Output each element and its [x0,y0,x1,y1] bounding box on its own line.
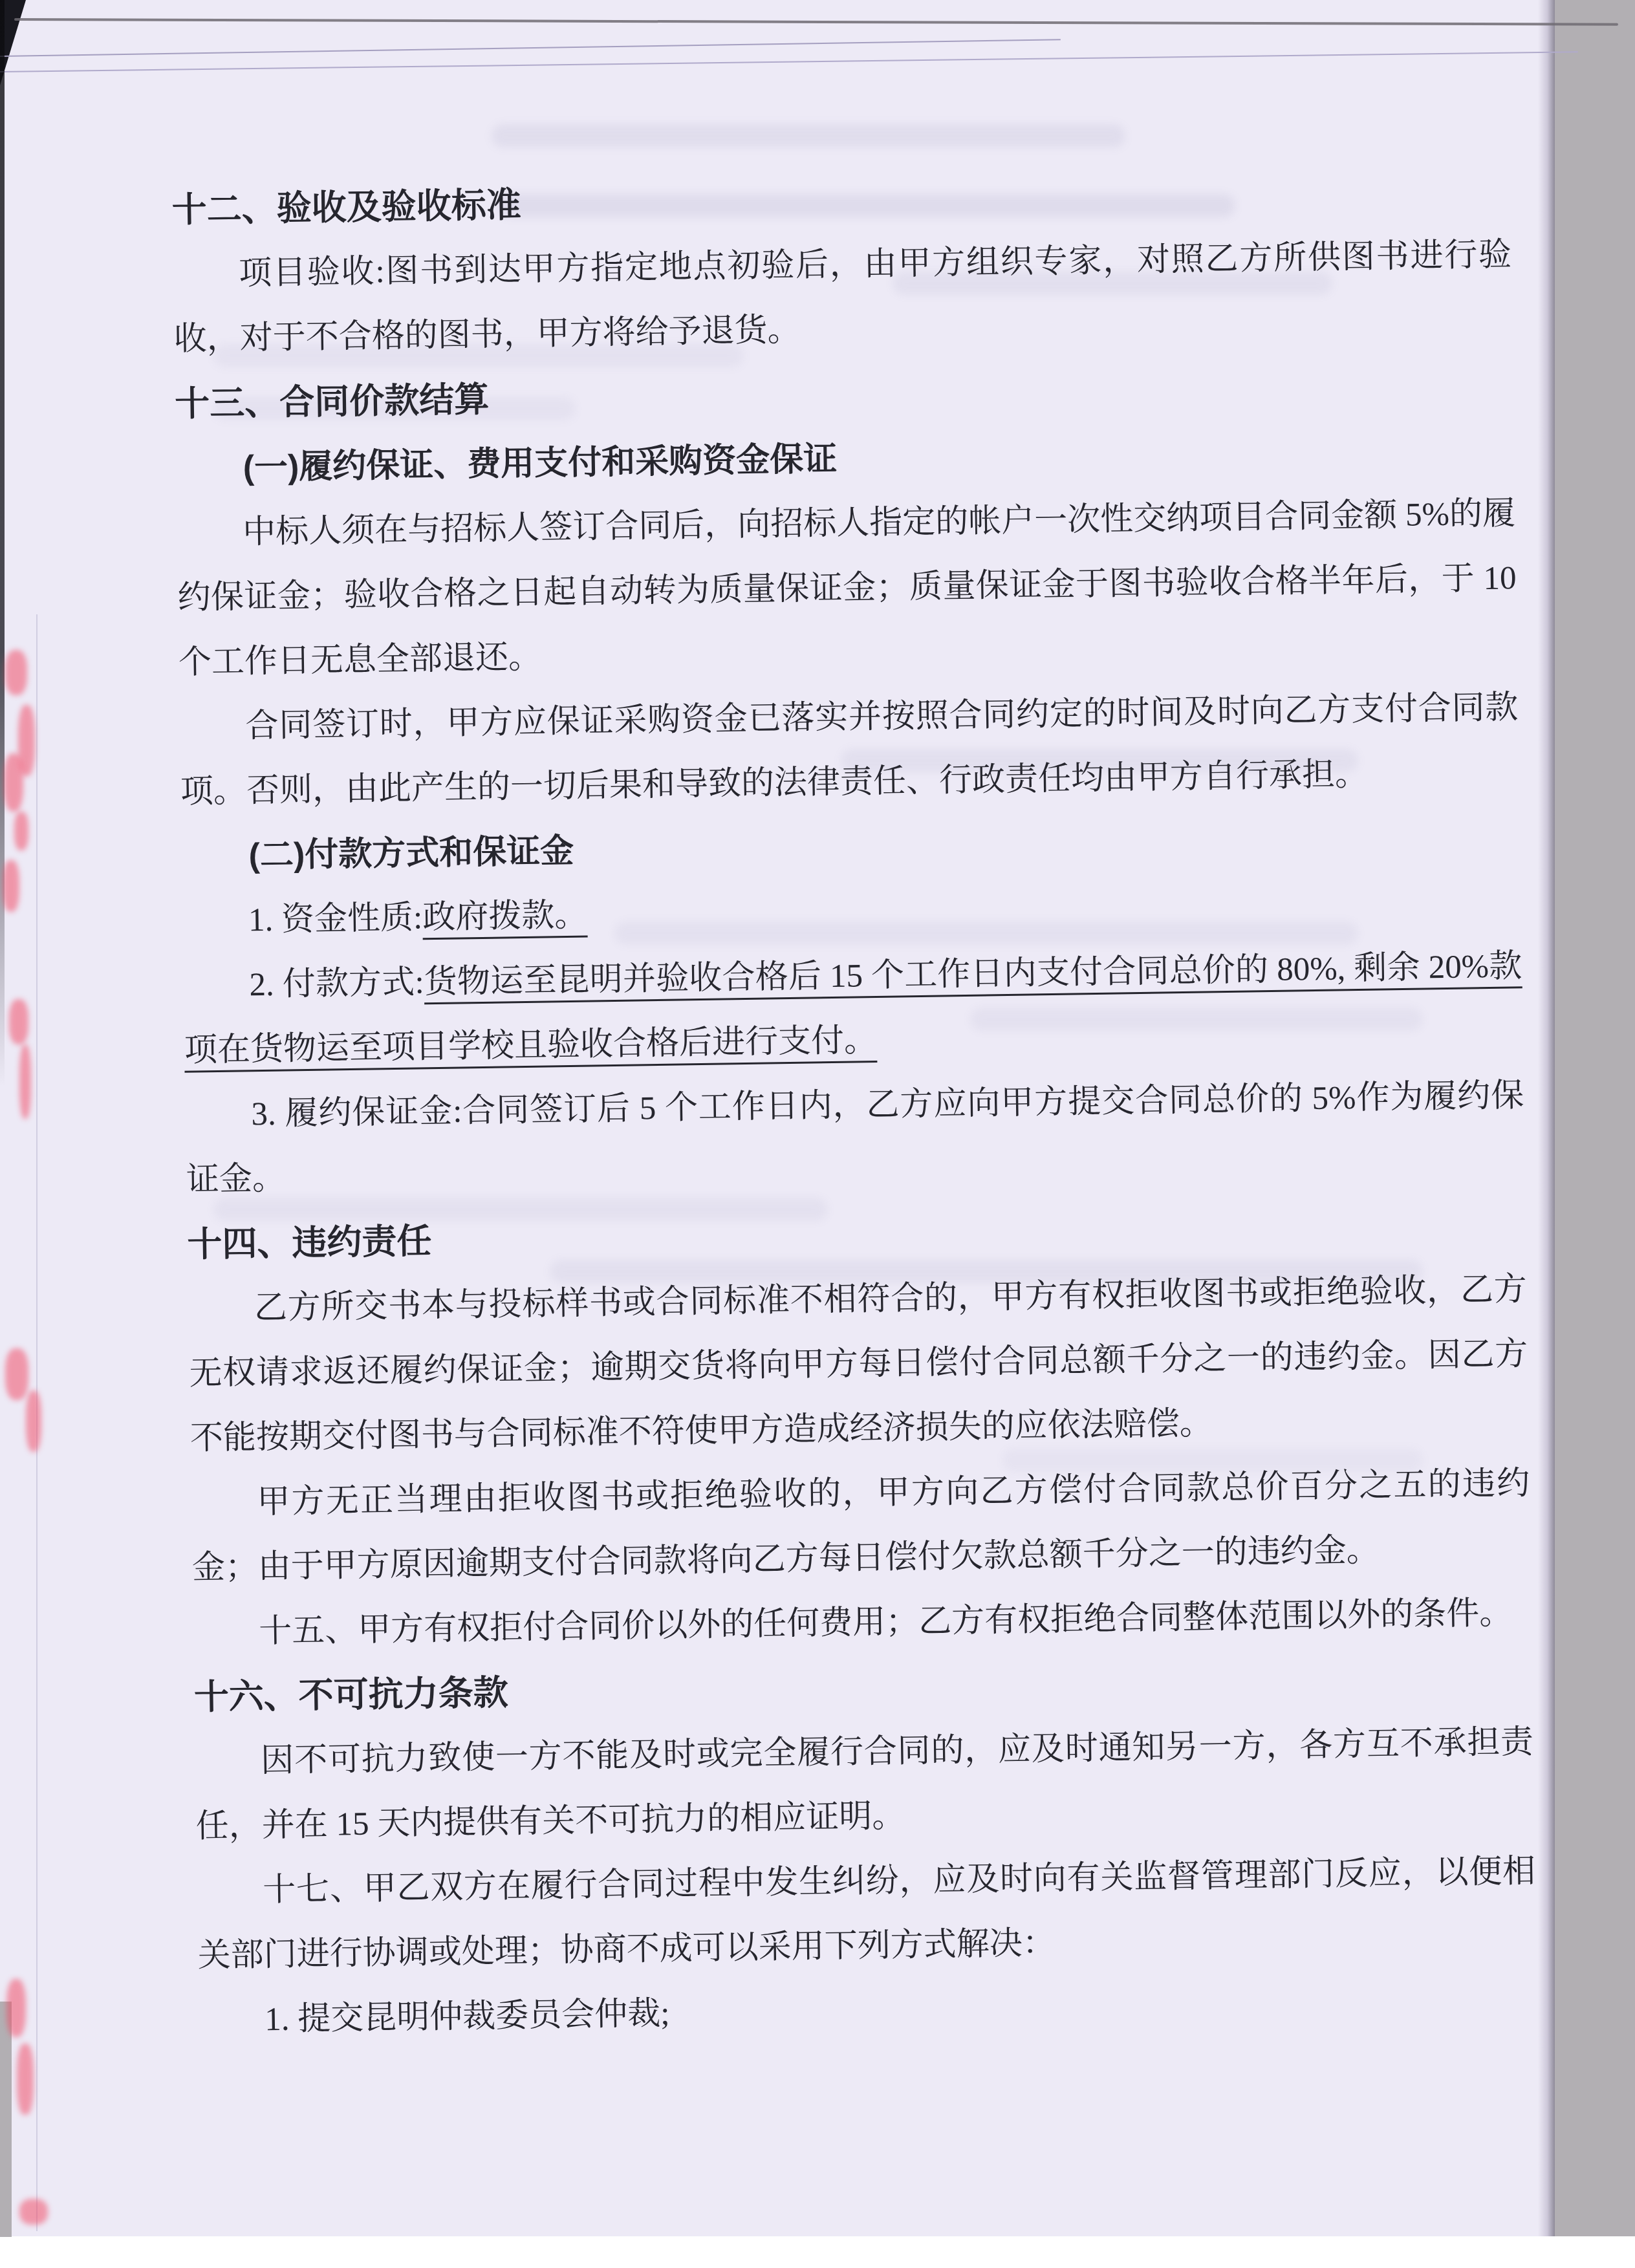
para-text: 十五、甲方有权拒付合同价以外的任何费用；乙方有权拒绝合同整体范围以外的条件。 [259,1595,1513,1650]
heading-text: 十二、验收及验收标准 [171,186,521,230]
scanner-background-strip [1554,0,1635,2236]
heading-text: 十六、不可抗力条款 [193,1674,508,1717]
para-text: 1. 提交昆明仲裁委员会仲裁; [265,1996,670,2038]
item-label: 2. 付款方式: [249,964,424,1003]
para-text: 十七、甲乙双方在履行合同过程中发生纠纷，应及时向有关监督管理部门反应，以便相关部… [197,1853,1535,1974]
heading-text: (二)付款方式和保证金 [248,832,574,874]
item-performance-bond: 3. 履约保证金:合同签订后 5 个工作日内，乙方应向甲方提交合同总价的 5%作… [185,1063,1526,1213]
paper-right-edge-shadow [1538,0,1555,2236]
para-text: 合同签订时，甲方应保证采购资金已落实并按照合同约定的时间及时向乙方支付合同款项。… [180,689,1519,810]
red-ink-smudge [3,860,19,912]
item-underlined-value: 政府拨款。 [422,898,588,936]
scan-bottom-margin [0,2236,1635,2268]
item-payment-method: 2. 付款方式:货物运至昆明并验收合格后 15 个工作日内支付合同总价的 80%… [183,934,1524,1083]
red-ink-smudge [5,650,27,695]
red-ink-smudge [17,2044,34,2115]
red-ink-smudge [14,812,28,850]
heading-text: 十四、违约责任 [187,1222,432,1264]
para-text: 甲方无正当理由拒收图书或拒绝验收的，甲方向乙方偿付合同款总价百分之五的违约金；由… [191,1465,1530,1586]
heading-text: (一)履约保证、费用支付和采购资金保证 [243,440,837,487]
red-ink-smudge [6,1979,26,2037]
para-breach-party-a: 甲方无正当理由拒收图书或拒绝验收的，甲方向乙方偿付合同款总价百分之五的违约金；由… [191,1451,1532,1601]
para-text: 因不可抗力致使一方不能及时或完全履行合同的，应及时通知另一方，各方互不承担责任，… [195,1724,1533,1845]
red-ink-smudge [26,1390,41,1452]
scanned-page: 十二、验收及验收标准 项目验收:图书到达甲方指定地点初验后，由甲方组织专家，对照… [0,0,1635,2268]
para-breach-party-b: 乙方所交书本与投标样书或合同标准不相符合的，甲方有权拒收图书或拒绝验收，乙方无权… [188,1257,1529,1471]
para-text: 乙方所交书本与投标样书或合同标准不相符合的，甲方有权拒收图书或拒绝验收，乙方无权… [189,1271,1528,1457]
para-text: 项目验收:图书到达甲方指定地点初验后，由甲方组织专家，对照乙方所供图书进行验收，… [173,237,1511,358]
red-ink-smudge [5,1348,28,1400]
para-project-acceptance: 项目验收:图书到达甲方指定地点初验后，由甲方组织专家，对照乙方所供图书进行验收，… [172,222,1513,372]
scan-left-edge-shadow [0,0,5,1086]
red-ink-smudge [9,999,28,1044]
red-ink-smudge [4,753,23,812]
para-text: 3. 履约保证金:合同签订后 5 个工作日内，乙方应向甲方提交合同总价的 5%作… [186,1077,1524,1198]
para-contract-signing-funds: 合同签订时，甲方应保证采购资金已落实并按照合同约定的时间及时向乙方支付合同款项。… [179,675,1520,825]
red-ink-smudge [19,2199,48,2225]
para-section-17-dispute: 十七、甲乙双方在履行合同过程中发生纠纷，应及时向有关监督管理部门反应，以便相关部… [197,1839,1537,1989]
item-label: 1. 资金性质: [248,900,423,938]
contract-text: 十二、验收及验收标准 项目验收:图书到达甲方指定地点初验后，由甲方组织专家，对照… [171,158,1538,2053]
para-force-majeure: 因不可抗力致使一方不能及时或完全履行合同的，应及时通知另一方，各方互不承担责任，… [195,1710,1535,1859]
para-bid-winner-deposit: 中标人须在与招标人签订合同后，向招标人指定的帐户一次性交纳项目合同金额 5%的履… [176,481,1517,695]
para-text: 中标人须在与招标人签订合同后，向招标人指定的帐户一次性交纳项目合同金额 5%的履… [177,495,1517,681]
red-ink-smudge [19,1044,31,1119]
scanner-background-bottom-left [0,2002,12,2237]
bleedthrough-artifact [492,124,1125,147]
heading-text: 十三、合同价款结算 [175,380,490,424]
